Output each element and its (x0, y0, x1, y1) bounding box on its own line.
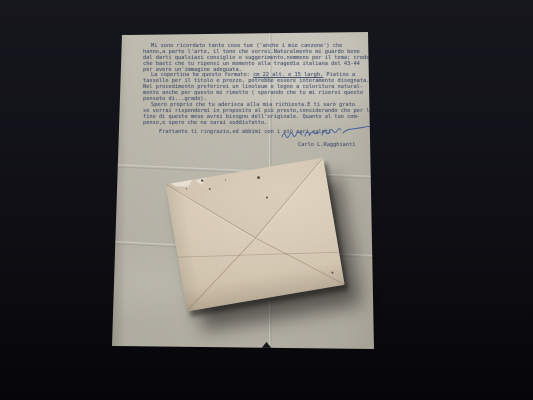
letter-edge-shading (112, 32, 126, 350)
envelope-crease (178, 231, 339, 279)
envelope-detail-graphics (165, 158, 344, 312)
typed-signature-name: Carlo L.Ragghianti (298, 142, 355, 148)
letter-text-block: Mi sono ricordato tante cose tue ('anche… (143, 44, 377, 136)
handwritten-signature (280, 123, 372, 141)
envelope (165, 158, 344, 312)
photo-background: Mi sono ricordato tante cose tue ('anche… (0, 0, 533, 400)
